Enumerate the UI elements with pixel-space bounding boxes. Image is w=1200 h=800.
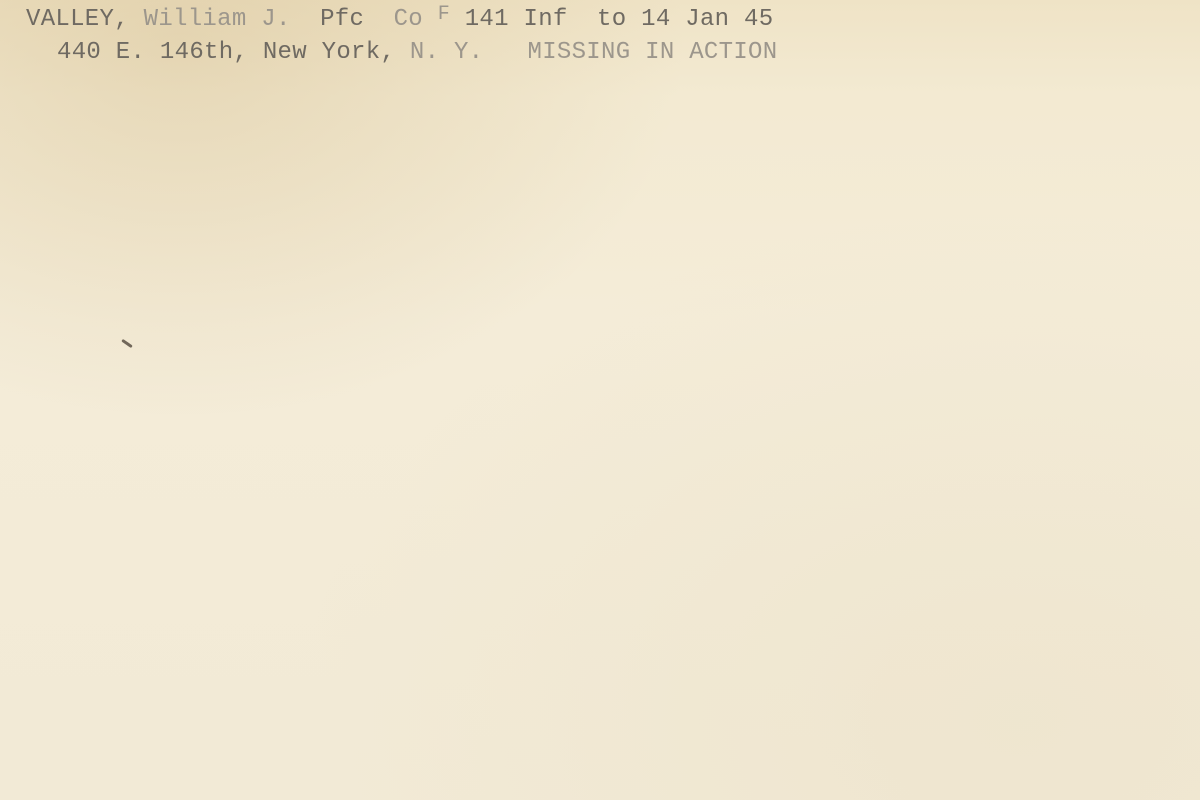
date: 14 Jan 45 [641, 6, 773, 33]
rank: Pfc [320, 6, 364, 33]
given-name: William J. [144, 6, 291, 33]
typed-line-name: VALLEY, William J. Pfc Co F 141 Inf to 1… [26, 6, 773, 35]
status: MISSING IN ACTION [528, 39, 778, 66]
ink-speck [121, 339, 133, 348]
index-card: VALLEY, William J. Pfc Co F 141 Inf to 1… [0, 0, 1200, 800]
typed-line-address: 440 E. 146th, New York, N. Y. MISSING IN… [57, 39, 777, 67]
company-letter: F [438, 3, 450, 26]
date-prefix: to [597, 6, 626, 33]
regiment: 141 Inf [465, 6, 568, 33]
state: N. Y. [410, 39, 484, 66]
surname: VALLEY, [26, 6, 129, 33]
street-address: 440 E. 146th, [57, 39, 248, 66]
city: New York, [263, 39, 395, 66]
company-prefix: Co [394, 6, 423, 33]
